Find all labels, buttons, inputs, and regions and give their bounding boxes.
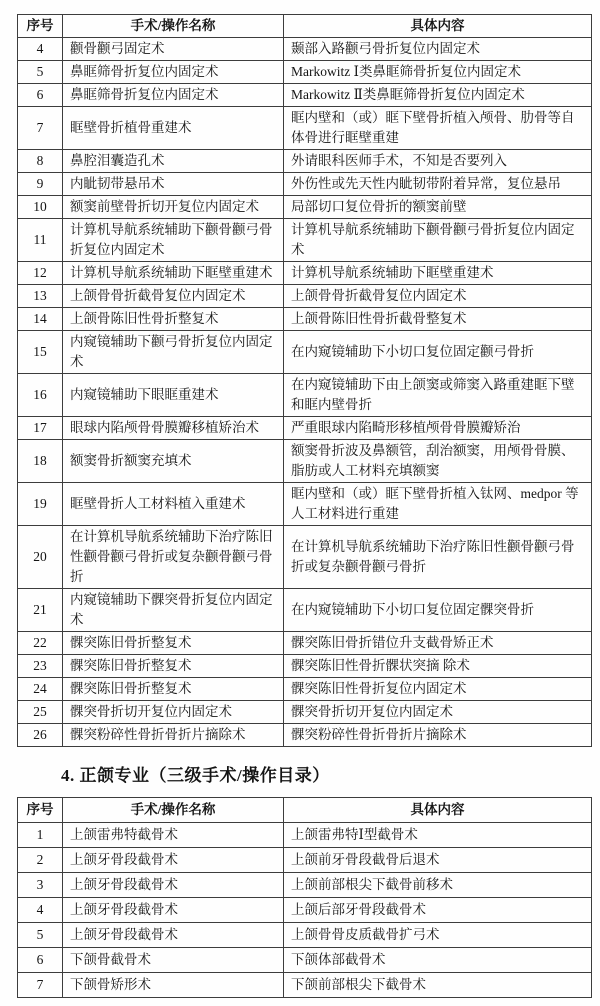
- row-serial-number: 6: [18, 84, 63, 107]
- row-serial-number: 6: [18, 948, 63, 973]
- table-row: 19 眶壁骨折人工材料植入重建术 眶内壁和（或）眶下壁骨折植入钛网、medpor…: [18, 483, 592, 526]
- procedure-name-cell: 内窥镜辅助下眼眶重建术: [63, 374, 284, 417]
- table-row: 26 髁突粉碎性骨折骨折片摘除术 髁突粉碎性骨折骨折片摘除术: [18, 724, 592, 747]
- procedure-name-cell: 髁突陈旧骨折整复术: [63, 632, 284, 655]
- table-row: 24 髁突陈旧骨折整复术 髁突陈旧性骨折复位内固定术: [18, 678, 592, 701]
- table-row: 12 计算机导航系统辅助下眶壁重建术 计算机导航系统辅助下眶壁重建术: [18, 262, 592, 285]
- procedure-content-cell: 严重眼球内陷畸形移植颅骨骨膜瓣矫治: [284, 417, 592, 440]
- procedure-name-cell: 髁突粉碎性骨折骨折片摘除术: [63, 724, 284, 747]
- procedure-name-cell: 鼻腔泪囊造孔术: [63, 150, 284, 173]
- procedure-content-cell: Markowitz Ⅰ类鼻眶筛骨折复位内固定术: [284, 61, 592, 84]
- col-header-specific-content: 具体内容: [284, 798, 592, 823]
- procedure-content-cell: 外请眼科医师手术，不知是否要列入: [284, 150, 592, 173]
- procedure-content-cell: 上颌后部牙骨段截骨术: [284, 898, 592, 923]
- table-row: 5 上颌牙骨段截骨术 上颌骨骨皮质截骨扩弓术: [18, 923, 592, 948]
- row-serial-number: 11: [18, 219, 63, 262]
- row-serial-number: 15: [18, 331, 63, 374]
- procedure-name-cell: 髁突骨折切开复位内固定术: [63, 701, 284, 724]
- col-header-operation-name: 手术/操作名称: [63, 798, 284, 823]
- row-serial-number: 3: [18, 873, 63, 898]
- row-serial-number: 22: [18, 632, 63, 655]
- table-row: 8 鼻腔泪囊造孔术 外请眼科医师手术，不知是否要列入: [18, 150, 592, 173]
- procedure-content-cell: 髁突陈旧性骨折髁状突摘 除术: [284, 655, 592, 678]
- procedure-name-cell: 髁突陈旧骨折整复术: [63, 655, 284, 678]
- procedure-content-cell: 颞部入路颧弓骨折复位内固定术: [284, 38, 592, 61]
- procedure-content-cell: 髁突陈旧骨折错位升支截骨矫正术: [284, 632, 592, 655]
- row-serial-number: 7: [18, 973, 63, 998]
- row-serial-number: 5: [18, 923, 63, 948]
- procedure-name-cell: 上颌骨陈旧性骨折整复术: [63, 308, 284, 331]
- table-row: 14 上颌骨陈旧性骨折整复术 上颌骨陈旧性骨折截骨整复术: [18, 308, 592, 331]
- table-row: 20 在计算机导航系统辅助下治疗陈旧性颧骨颧弓骨折或复杂颧骨颧弓骨折 在计算机导…: [18, 526, 592, 589]
- table-header-row: 序号 手术/操作名称 具体内容: [18, 15, 592, 38]
- procedure-name-cell: 内窥镜辅助下颧弓骨折复位内固定术: [63, 331, 284, 374]
- table-row: 15 内窥镜辅助下颧弓骨折复位内固定术 在内窥镜辅助下小切口复位固定颧弓骨折: [18, 331, 592, 374]
- procedure-name-cell: 下颌骨矫形术: [63, 973, 284, 998]
- row-serial-number: 2: [18, 848, 63, 873]
- row-serial-number: 16: [18, 374, 63, 417]
- procedure-content-cell: 在内窥镜辅助下由上颌窦或筛窦入路重建眶下壁和眶内壁骨折: [284, 374, 592, 417]
- procedure-name-cell: 鼻眶筛骨折复位内固定术: [63, 61, 284, 84]
- procedure-content-cell: 额窦骨折波及鼻额管，刮治额窦，用颅骨骨膜、脂肪或人工材料充填额窦: [284, 440, 592, 483]
- procedure-content-cell: 眶内壁和（或）眶下壁骨折植入颅骨、肋骨等自体骨进行眶壁重建: [284, 107, 592, 150]
- procedure-content-cell: 外伤性或先天性内眦韧带附着异常，复位悬吊: [284, 173, 592, 196]
- table-row: 16 内窥镜辅助下眼眶重建术 在内窥镜辅助下由上颌窦或筛窦入路重建眶下壁和眶内壁…: [18, 374, 592, 417]
- row-serial-number: 1: [18, 823, 63, 848]
- table-row: 17 眼球内陷颅骨骨膜瓣移植矫治术 严重眼球内陷畸形移植颅骨骨膜瓣矫治: [18, 417, 592, 440]
- procedure-name-cell: 眶壁骨折人工材料植入重建术: [63, 483, 284, 526]
- table-row: 5 鼻眶筛骨折复位内固定术 Markowitz Ⅰ类鼻眶筛骨折复位内固定术: [18, 61, 592, 84]
- row-serial-number: 21: [18, 589, 63, 632]
- col-header-serial-number: 序号: [18, 798, 63, 823]
- document-page: 序号 手术/操作名称 具体内容 4 颧骨颧弓固定术 颞部入路颧弓骨折复位内固定术…: [0, 0, 600, 1006]
- table-row: 4 上颌牙骨段截骨术 上颌后部牙骨段截骨术: [18, 898, 592, 923]
- table-row: 11 计算机导航系统辅助下颧骨颧弓骨折复位内固定术 计算机导航系统辅助下颧骨颧弓…: [18, 219, 592, 262]
- row-serial-number: 20: [18, 526, 63, 589]
- procedure-content-cell: 在计算机导航系统辅助下治疗陈旧性颧骨颧弓骨折或复杂颧骨颧弓骨折: [284, 526, 592, 589]
- row-serial-number: 5: [18, 61, 63, 84]
- procedure-name-cell: 上颌牙骨段截骨术: [63, 873, 284, 898]
- table-row: 6 鼻眶筛骨折复位内固定术 Markowitz Ⅱ类鼻眶筛骨折复位内固定术: [18, 84, 592, 107]
- col-header-operation-name: 手术/操作名称: [63, 15, 284, 38]
- procedure-content-cell: 上颌骨骨折截骨复位内固定术: [284, 285, 592, 308]
- row-serial-number: 4: [18, 898, 63, 923]
- procedure-name-cell: 鼻眶筛骨折复位内固定术: [63, 84, 284, 107]
- row-serial-number: 4: [18, 38, 63, 61]
- trauma-procedures-table: 序号 手术/操作名称 具体内容 4 颧骨颧弓固定术 颞部入路颧弓骨折复位内固定术…: [17, 14, 592, 747]
- row-serial-number: 26: [18, 724, 63, 747]
- procedure-name-cell: 上颌牙骨段截骨术: [63, 923, 284, 948]
- procedure-name-cell: 内窥镜辅助下髁突骨折复位内固定术: [63, 589, 284, 632]
- table-header-row: 序号 手术/操作名称 具体内容: [18, 798, 592, 823]
- procedure-name-cell: 额窦骨折额窦充填术: [63, 440, 284, 483]
- row-serial-number: 24: [18, 678, 63, 701]
- procedure-name-cell: 计算机导航系统辅助下颧骨颧弓骨折复位内固定术: [63, 219, 284, 262]
- procedure-name-cell: 上颌骨骨折截骨复位内固定术: [63, 285, 284, 308]
- row-serial-number: 25: [18, 701, 63, 724]
- col-header-specific-content: 具体内容: [284, 15, 592, 38]
- table-row: 13 上颌骨骨折截骨复位内固定术 上颌骨骨折截骨复位内固定术: [18, 285, 592, 308]
- row-serial-number: 14: [18, 308, 63, 331]
- col-header-serial-number: 序号: [18, 15, 63, 38]
- row-serial-number: 17: [18, 417, 63, 440]
- procedure-content-cell: 下颌前部根尖下截骨术: [284, 973, 592, 998]
- section-heading: 4. 正颌专业（三级手术/操作目录）: [61, 761, 591, 786]
- procedure-name-cell: 上颌牙骨段截骨术: [63, 898, 284, 923]
- row-serial-number: 9: [18, 173, 63, 196]
- procedure-content-cell: 上颌骨骨皮质截骨扩弓术: [284, 923, 592, 948]
- row-serial-number: 23: [18, 655, 63, 678]
- table-row: 1 上颌雷弗特截骨术 上颌雷弗特Ⅰ型截骨术: [18, 823, 592, 848]
- row-serial-number: 10: [18, 196, 63, 219]
- row-serial-number: 18: [18, 440, 63, 483]
- procedure-content-cell: 计算机导航系统辅助下颧骨颧弓骨折复位内固定术: [284, 219, 592, 262]
- table-row: 7 下颌骨矫形术 下颌前部根尖下截骨术: [18, 973, 592, 998]
- procedure-content-cell: 上颌前部根尖下截骨前移术: [284, 873, 592, 898]
- row-serial-number: 12: [18, 262, 63, 285]
- table-row: 4 颧骨颧弓固定术 颞部入路颧弓骨折复位内固定术: [18, 38, 592, 61]
- table-row: 18 额窦骨折额窦充填术 额窦骨折波及鼻额管，刮治额窦，用颅骨骨膜、脂肪或人工材…: [18, 440, 592, 483]
- procedure-content-cell: 上颌骨陈旧性骨折截骨整复术: [284, 308, 592, 331]
- procedure-content-cell: Markowitz Ⅱ类鼻眶筛骨折复位内固定术: [284, 84, 592, 107]
- procedure-content-cell: 在内窥镜辅助下小切口复位固定颧弓骨折: [284, 331, 592, 374]
- row-serial-number: 8: [18, 150, 63, 173]
- procedure-name-cell: 下颌骨截骨术: [63, 948, 284, 973]
- procedure-content-cell: 局部切口复位骨折的额窦前壁: [284, 196, 592, 219]
- procedure-name-cell: 内眦韧带悬吊术: [63, 173, 284, 196]
- table-row: 9 内眦韧带悬吊术 外伤性或先天性内眦韧带附着异常，复位悬吊: [18, 173, 592, 196]
- table-row: 10 额窦前壁骨折切开复位内固定术 局部切口复位骨折的额窦前壁: [18, 196, 592, 219]
- procedure-content-cell: 在内窥镜辅助下小切口复位固定髁突骨折: [284, 589, 592, 632]
- row-serial-number: 7: [18, 107, 63, 150]
- procedure-content-cell: 髁突粉碎性骨折骨折片摘除术: [284, 724, 592, 747]
- row-serial-number: 13: [18, 285, 63, 308]
- table-row: 22 髁突陈旧骨折整复术 髁突陈旧骨折错位升支截骨矫正术: [18, 632, 592, 655]
- procedure-content-cell: 髁突陈旧性骨折复位内固定术: [284, 678, 592, 701]
- table-row: 3 上颌牙骨段截骨术 上颌前部根尖下截骨前移术: [18, 873, 592, 898]
- procedure-content-cell: 髁突骨折切开复位内固定术: [284, 701, 592, 724]
- orthognathic-procedures-table: 序号 手术/操作名称 具体内容 1 上颌雷弗特截骨术 上颌雷弗特Ⅰ型截骨术 2 …: [17, 797, 592, 998]
- procedure-content-cell: 上颌前牙骨段截骨后退术: [284, 848, 592, 873]
- table-row: 25 髁突骨折切开复位内固定术 髁突骨折切开复位内固定术: [18, 701, 592, 724]
- procedure-name-cell: 髁突陈旧骨折整复术: [63, 678, 284, 701]
- table-row: 7 眶壁骨折植骨重建术 眶内壁和（或）眶下壁骨折植入颅骨、肋骨等自体骨进行眶壁重…: [18, 107, 592, 150]
- procedure-content-cell: 计算机导航系统辅助下眶壁重建术: [284, 262, 592, 285]
- procedure-name-cell: 上颌牙骨段截骨术: [63, 848, 284, 873]
- procedure-name-cell: 额窦前壁骨折切开复位内固定术: [63, 196, 284, 219]
- procedure-content-cell: 下颌体部截骨术: [284, 948, 592, 973]
- table-row: 21 内窥镜辅助下髁突骨折复位内固定术 在内窥镜辅助下小切口复位固定髁突骨折: [18, 589, 592, 632]
- table-row: 6 下颌骨截骨术 下颌体部截骨术: [18, 948, 592, 973]
- procedure-name-cell: 计算机导航系统辅助下眶壁重建术: [63, 262, 284, 285]
- procedure-name-cell: 颧骨颧弓固定术: [63, 38, 284, 61]
- procedure-name-cell: 在计算机导航系统辅助下治疗陈旧性颧骨颧弓骨折或复杂颧骨颧弓骨折: [63, 526, 284, 589]
- procedure-name-cell: 上颌雷弗特截骨术: [63, 823, 284, 848]
- table-row: 2 上颌牙骨段截骨术 上颌前牙骨段截骨后退术: [18, 848, 592, 873]
- procedure-name-cell: 眶壁骨折植骨重建术: [63, 107, 284, 150]
- procedure-name-cell: 眼球内陷颅骨骨膜瓣移植矫治术: [63, 417, 284, 440]
- row-serial-number: 19: [18, 483, 63, 526]
- table-row: 23 髁突陈旧骨折整复术 髁突陈旧性骨折髁状突摘 除术: [18, 655, 592, 678]
- procedure-content-cell: 上颌雷弗特Ⅰ型截骨术: [284, 823, 592, 848]
- procedure-content-cell: 眶内壁和（或）眶下壁骨折植入钛网、medpor 等人工材料进行重建: [284, 483, 592, 526]
